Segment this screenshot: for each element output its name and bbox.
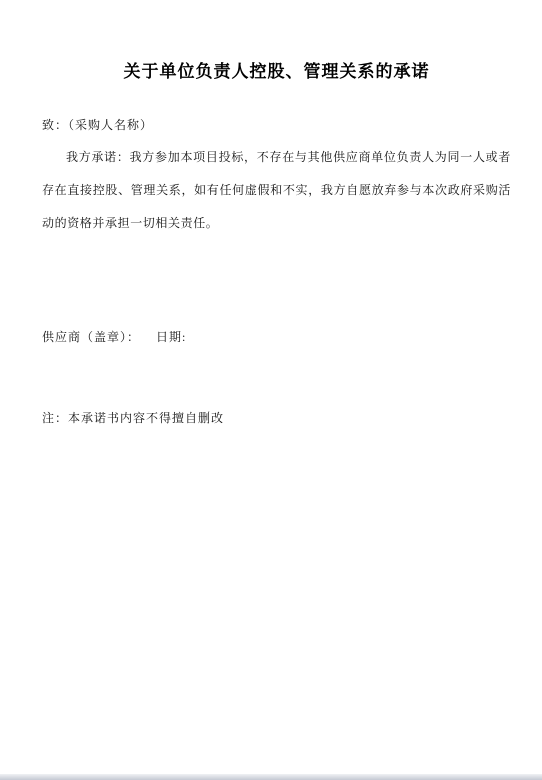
document-content: 关于单位负责人控股、管理关系的承诺 致：（采购人名称） 我方承诺：我方参加本项目…	[0, 0, 542, 426]
document-page: 关于单位负责人控股、管理关系的承诺 致：（采购人名称） 我方承诺：我方参加本项目…	[0, 0, 542, 780]
signature-line: 供应商（盖章）：日期:	[42, 330, 511, 345]
note-line: 注：本承诺书内容不得擅自删改	[42, 411, 511, 426]
page-bottom-edge	[0, 774, 542, 780]
salutation-line: 致：（采购人名称）	[42, 118, 511, 133]
date-label: 日期:	[156, 330, 186, 344]
body-paragraph: 我方承诺：我方参加本项目投标，不存在与其他供应商单位负责人为同一人或者存在直接控…	[42, 141, 511, 240]
supplier-stamp-label: 供应商（盖章）：	[42, 330, 140, 344]
document-title: 关于单位负责人控股、管理关系的承诺	[42, 0, 511, 84]
